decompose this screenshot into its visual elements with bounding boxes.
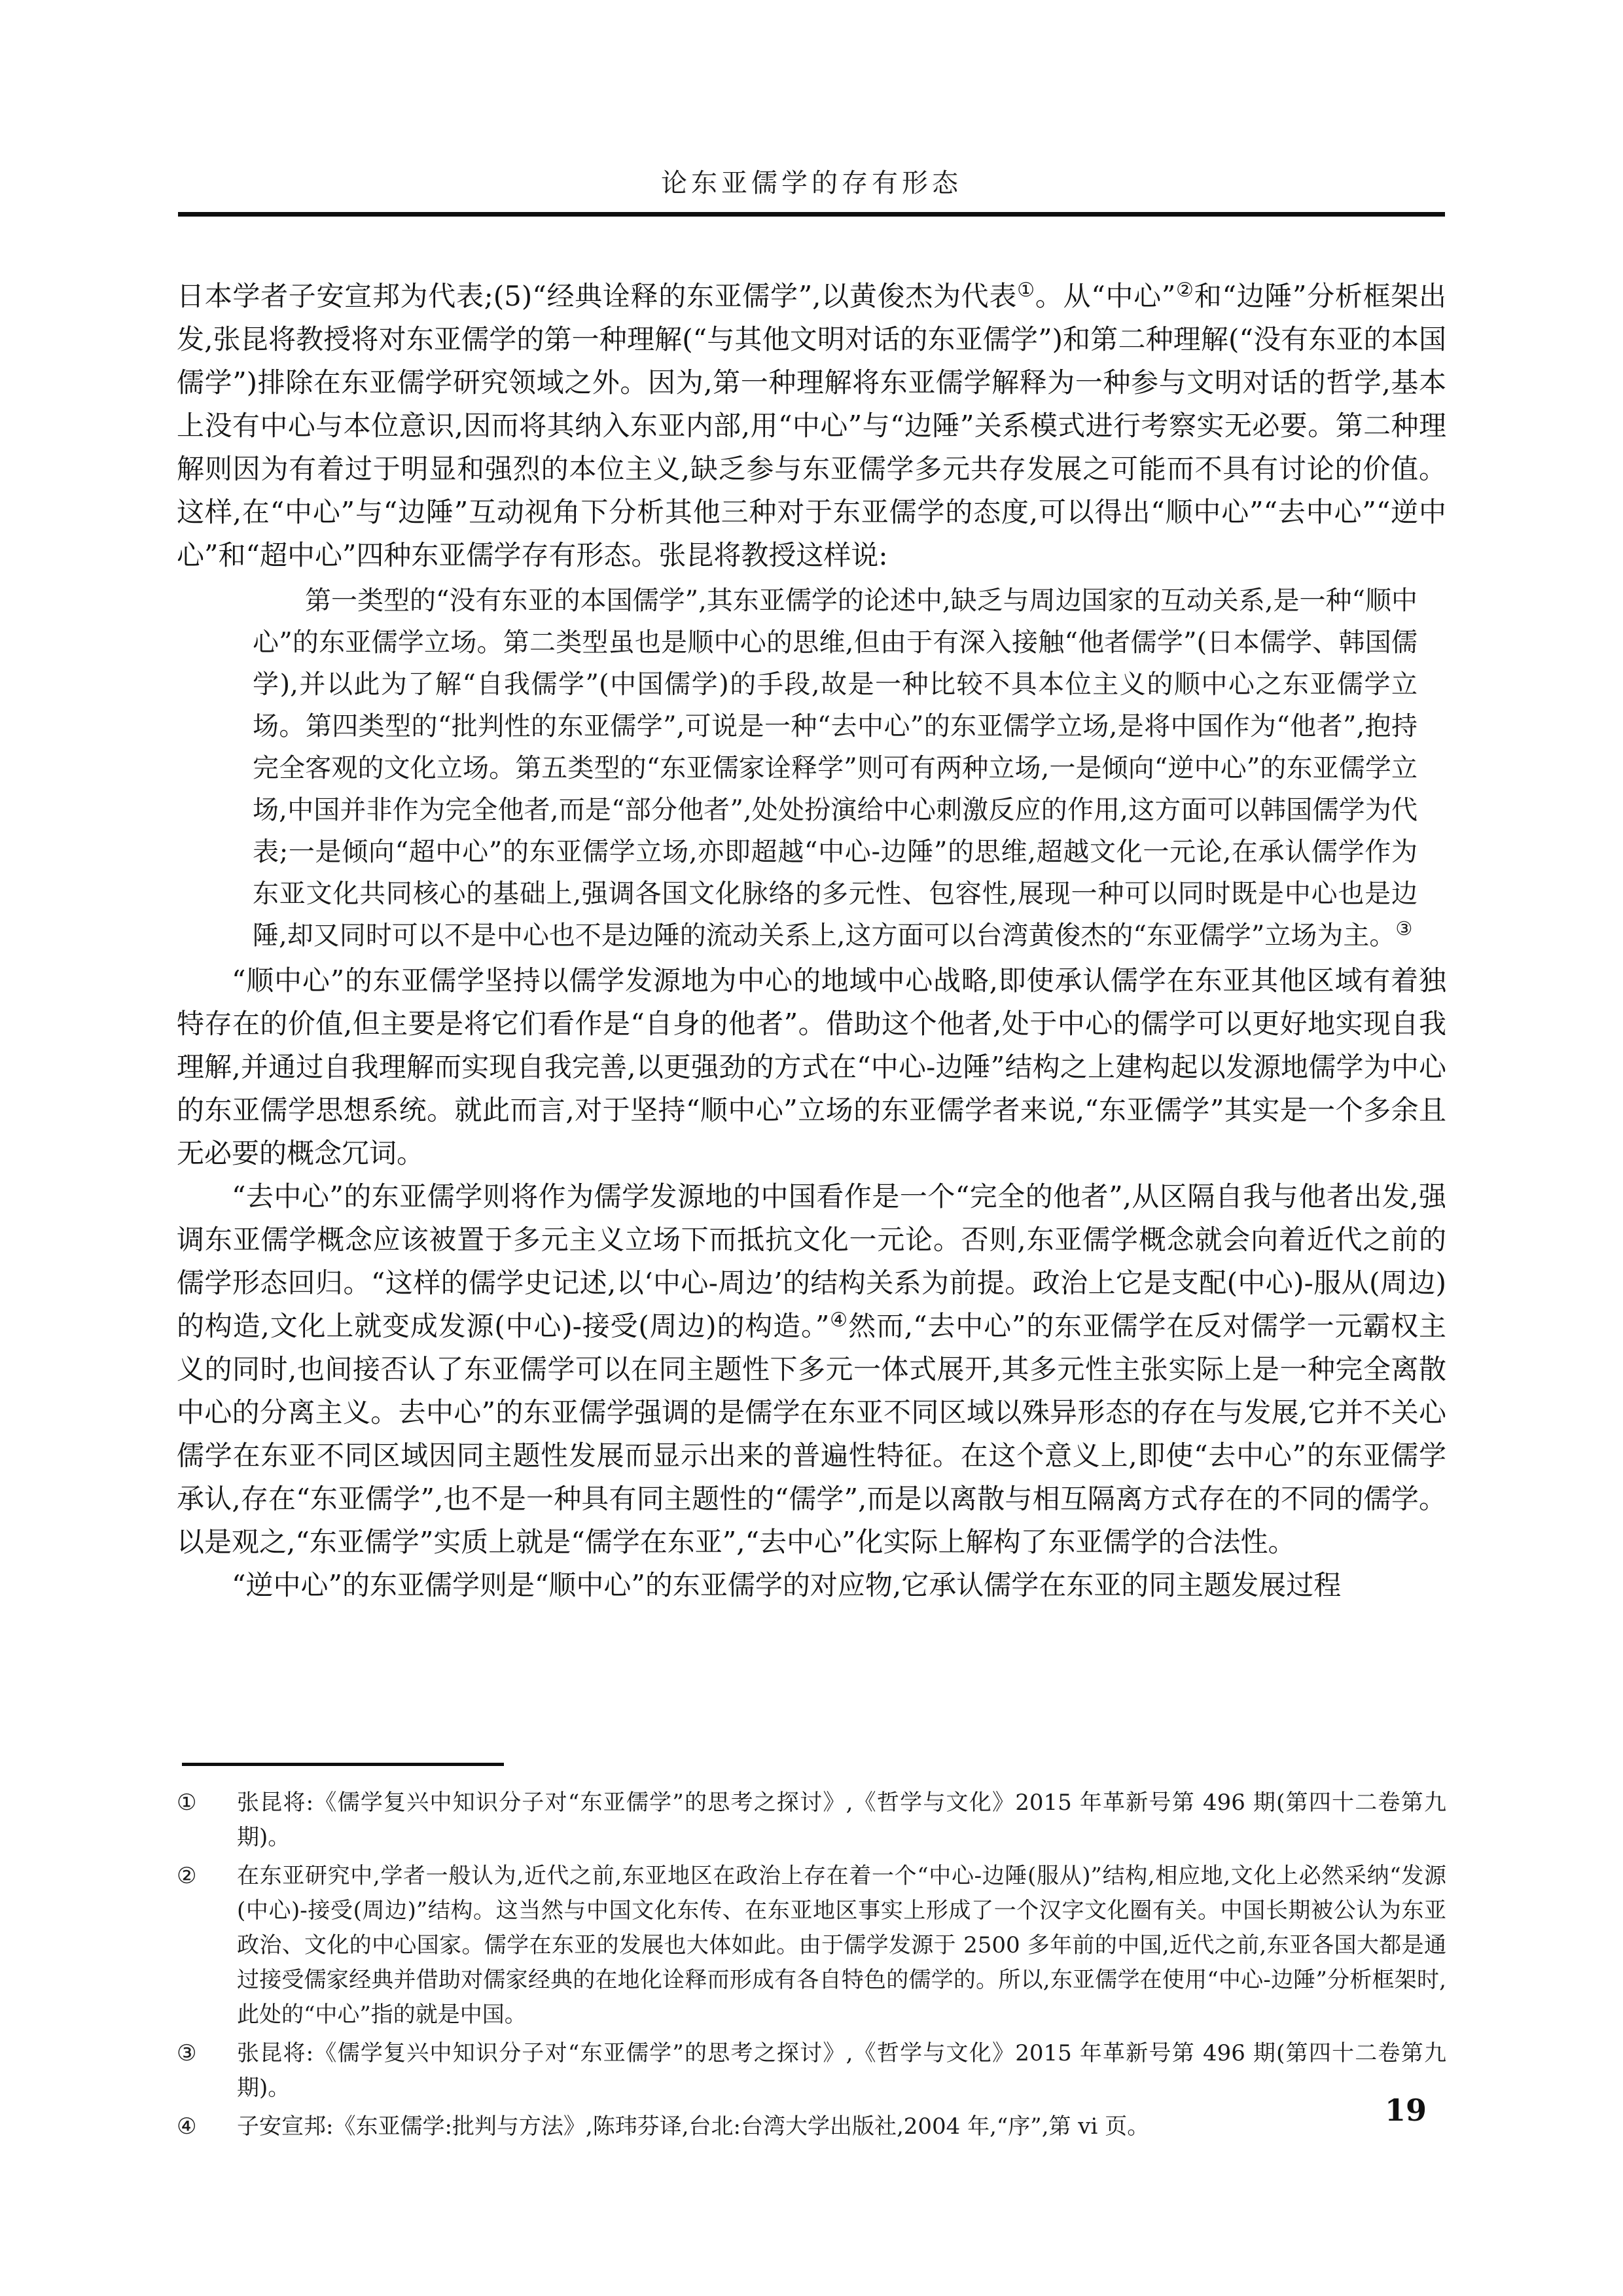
footnote-separator (182, 1763, 504, 1766)
footnote-text: 子安宣邦:《东亚儒学:批判与方法》,陈玮芬译,台北:台湾大学出版社,2004 年… (237, 2110, 1446, 2144)
footnote-text: 张昆将:《儒学复兴中知识分子对“东亚儒学”的思考之探讨》,《哲学与文化》2015… (237, 2036, 1446, 2106)
page-number: 19 (1385, 2093, 1427, 2128)
running-head-title: 论东亚儒学的存有形态 (0, 168, 1623, 199)
footnote-text: 在东亚研究中,学者一般认为,近代之前,东亚地区在政治上存在着一个“中心-边陲(服… (237, 1859, 1446, 2032)
paragraph-2: “顺中心”的东亚儒学坚持以儒学发源地为中心的地域中心战略,即使承认儒学在东亚其他… (177, 959, 1446, 1175)
document-page: 论东亚儒学的存有形态 日本学者子安宣邦为代表;(5)“经典诠释的东亚儒学”,以黄… (0, 0, 1623, 2296)
article-body: 日本学者子安宣邦为代表;(5)“经典诠释的东亚儒学”,以黄俊杰为代表①。从“中心… (177, 275, 1446, 1748)
footnote-marker: ① (177, 1786, 237, 1820)
footnote-item: ① 张昆将:《儒学复兴中知识分子对“东亚儒学”的思考之探讨》,《哲学与文化》20… (177, 1786, 1446, 1855)
footnote-text: 张昆将:《儒学复兴中知识分子对“东亚儒学”的思考之探讨》,《哲学与文化》2015… (237, 1786, 1446, 1855)
footnote-section: ① 张昆将:《儒学复兴中知识分子对“东亚儒学”的思考之探讨》,《哲学与文化》20… (177, 1763, 1446, 2148)
footnote-marker: ③ (177, 2036, 237, 2071)
paragraph-4: “逆中心”的东亚儒学则是“顺中心”的东亚儒学的对应物,它承认儒学在东亚的同主题发… (177, 1564, 1446, 1607)
footnote-marker: ② (177, 1859, 237, 1894)
footnote-item: ④ 子安宣邦:《东亚儒学:批判与方法》,陈玮芬译,台北:台湾大学出版社,2004… (177, 2110, 1446, 2144)
block-quote: 第一类型的“没有东亚的本国儒学”,其东亚儒学的论述中,缺乏与周边国家的互动关系,… (253, 580, 1418, 957)
header-rule (178, 212, 1445, 217)
footnote-item: ② 在东亚研究中,学者一般认为,近代之前,东亚地区在政治上存在着一个“中心-边陲… (177, 1859, 1446, 2032)
paragraph-1: 日本学者子安宣邦为代表;(5)“经典诠释的东亚儒学”,以黄俊杰为代表①。从“中心… (177, 275, 1446, 577)
footnote-marker: ④ (177, 2110, 237, 2144)
footnote-item: ③ 张昆将:《儒学复兴中知识分子对“东亚儒学”的思考之探讨》,《哲学与文化》20… (177, 2036, 1446, 2106)
paragraph-3: “去中心”的东亚儒学则将作为儒学发源地的中国看作是一个“完全的他者”,从区隔自我… (177, 1175, 1446, 1564)
